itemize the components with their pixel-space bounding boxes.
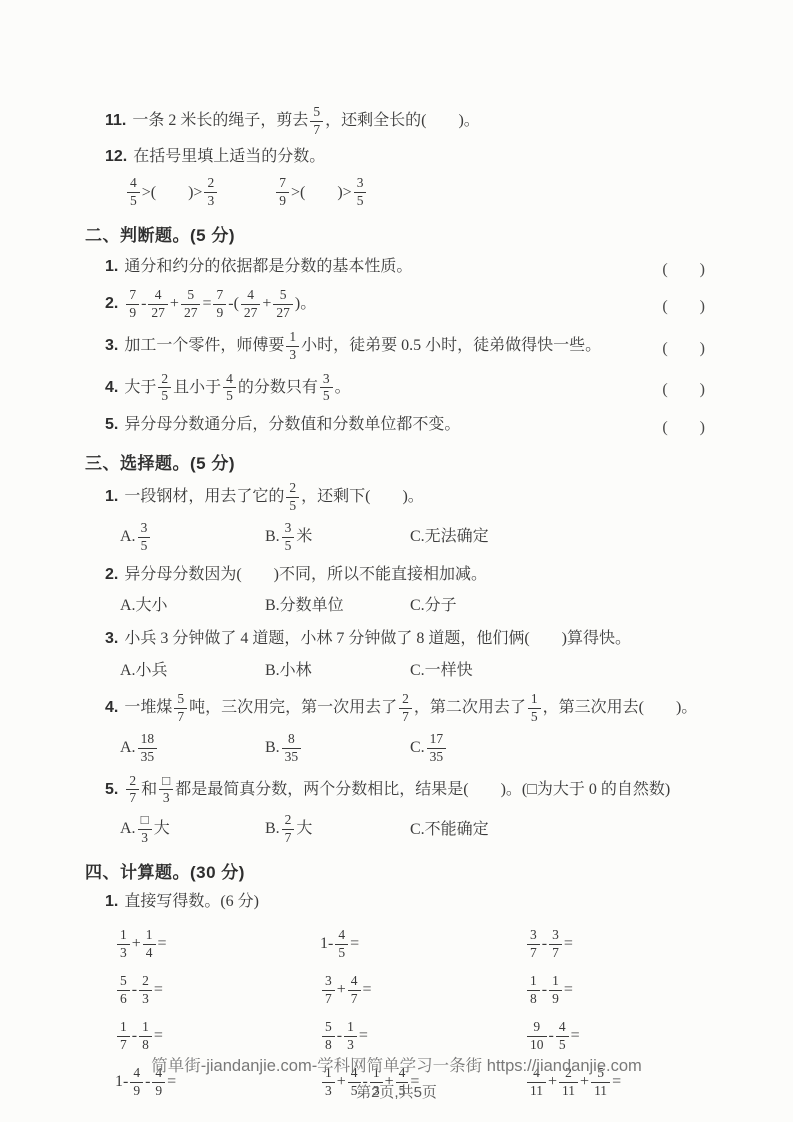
calc-expression: 37+47= [320,968,525,1014]
option-c: C.不能确定 [410,818,705,842]
judge-item-1: 1.通分和约分的依据都是分数的基本性质。 ( ) [105,255,705,279]
fraction: 527 [181,288,201,321]
choice-question-1: 1.一段钢材，用去了它的25，还剩下( )。 [105,481,705,514]
fraction: 35 [138,521,151,554]
calc-expression: 1-45= [320,922,525,968]
choice-question-5: 5.27和□3都是最简真分数，两个分数相比，结果是( )。(□为大于 0 的自然… [105,774,705,807]
exam-page: 11.一条 2 米长的绳子，剪去57，还剩全长的( )。 12.在括号里填上适当… [0,0,793,1122]
judge-item-5-text: 异分母分数通分后，分数值和分数单位都不变。 [124,416,460,433]
fraction: □3 [138,813,152,846]
fraction: 14 [143,928,156,961]
choice-question-1-text: 一段钢材，用去了它的25，还剩下( )。 [124,488,423,505]
fraction: 13 [117,928,130,961]
calc-subsection-title: 直接写得数。(6 分) [124,893,259,910]
calc-expression: 13+14= [115,922,320,968]
inequality-expression-2: 79>( )>35 [274,184,368,201]
choice-question-3: 3.小兵 3 分钟做了 4 道题，小林 7 分钟做了 8 道题，他们俩( )算得… [105,627,705,652]
option-c: C.无法确定 [410,525,705,549]
judge-item-5-number: 5. [105,416,118,433]
fraction: 79 [276,176,289,209]
fraction: 35 [354,176,367,209]
judge-item-1-text: 通分和约分的依据都是分数的基本性质。 [124,258,412,275]
fraction: 35 [282,521,295,554]
footer-watermark: 简单街-jiandanjie.com-学科网简单学习一条街 https://ji… [0,1052,793,1076]
inequality-expression-1: 45>( )>23 [125,184,219,201]
judge-item-1-number: 1. [105,258,118,275]
fraction: 23 [139,974,152,1007]
option-a: A.1835 [120,732,265,765]
fraction: 527 [273,288,293,321]
calc-expression: 18-19= [525,968,705,1014]
exam-content: 11.一条 2 米长的绳子，剪去57，还剩全长的( )。 12.在括号里填上适当… [0,0,793,1106]
fraction: 57 [310,105,323,138]
option-a: A.□3大 [120,813,265,846]
choice-question-2-number: 2. [105,566,118,583]
judge-item-2-answer-bracket: ( ) [662,293,705,316]
choice-question-5-options: A.□3大 B.27大 C.不能确定 [120,813,705,846]
footer-page-indicator: 第2页,共5页 [0,1081,793,1102]
judge-item-2-number: 2. [105,295,118,312]
fraction: □3 [159,774,173,807]
fraction: 427 [148,288,168,321]
choice-question-4: 4.一堆煤57吨，三次用完，第一次用去了27，第二次用去了15，第三次用去( )… [105,692,705,725]
choice-question-1-number: 1. [105,488,118,505]
option-b: B.小林 [265,659,410,683]
section-choice-header: 三、选择题。(5 分) [85,449,705,474]
option-c: C.分子 [410,594,705,618]
judge-item-4-number: 4. [105,379,118,396]
judge-item-4-answer-bracket: ( ) [662,376,705,399]
judge-item-5: 5.异分母分数通分后，分数值和分数单位都不变。 ( ) [105,413,705,437]
fraction: 45 [127,176,140,209]
fraction: 910 [527,1020,547,1053]
judge-item-4: 4.大于25且小于45的分数只有35。 ( ) [105,372,705,405]
judge-item-5-answer-bracket: ( ) [662,414,705,437]
option-a: A.小兵 [120,659,265,683]
choice-question-5-number: 5. [105,781,118,798]
question-12: 12.在括号里填上适当的分数。 [105,145,705,170]
fraction: 45 [335,928,348,961]
fraction: 1835 [138,732,158,765]
choice-question-3-text: 小兵 3 分钟做了 4 道题，小林 7 分钟做了 8 道题，他们俩( )算得快。 [124,630,631,647]
fraction: 23 [204,176,217,209]
fraction: 835 [282,732,302,765]
section-calc-header: 四、计算题。(30 分) [85,858,705,883]
fraction: 79 [126,288,139,321]
fraction: 1735 [427,732,447,765]
option-b: B.分数单位 [265,594,410,618]
fraction: 427 [241,288,261,321]
option-b: B.27大 [265,813,410,846]
fraction: 18 [139,1020,152,1053]
fraction: 17 [117,1020,130,1053]
option-c: C.一样快 [410,659,705,683]
choice-question-2-text: 异分母分数因为( )不同，所以不能直接相加减。 [124,566,487,583]
fraction: 37 [549,928,562,961]
fraction: 15 [528,692,541,725]
judge-item-3-answer-bracket: ( ) [662,335,705,358]
option-c: C.1735 [410,732,705,765]
fraction: 56 [117,974,130,1007]
choice-question-5-text: 27和□3都是最简真分数，两个分数相比，结果是( )。(□为大于 0 的自然数) [124,781,670,798]
question-11-text: 一条 2 米长的绳子，剪去57，还剩全长的( )。 [132,112,479,129]
question-11: 11.一条 2 米长的绳子，剪去57，还剩全长的( )。 [105,105,705,138]
fraction: 79 [213,288,226,321]
choice-question-2-options: A.大小 B.分数单位 C.分子 [120,594,705,618]
judge-item-3-number: 3. [105,337,118,354]
judge-item-3-text: 加工一个零件，师傅要13小时，徒弟要 0.5 小时，徒弟做得快一些。 [124,337,601,354]
fraction: 37 [322,974,335,1007]
fraction: 27 [126,774,139,807]
question-11-number: 11. [105,112,126,129]
choice-question-3-number: 3. [105,630,118,647]
fraction: 45 [223,372,236,405]
judge-item-1-answer-bracket: ( ) [662,256,705,279]
judge-item-2-text: 79-427+527=79-(427+527)。 [124,295,316,312]
fraction: 57 [174,692,187,725]
question-12-expressions: 45>( )>2379>( )>35 [125,176,705,209]
fraction: 13 [344,1020,357,1053]
option-a: A.35 [120,521,265,554]
fraction: 47 [348,974,361,1007]
fraction: 25 [158,372,171,405]
judge-item-2: 2.79-427+527=79-(427+527)。 ( ) [105,288,705,321]
fraction: 37 [527,928,540,961]
fraction: 27 [399,692,412,725]
calc-expression: 37-37= [525,922,705,968]
choice-question-4-number: 4. [105,699,118,716]
option-b: B.35米 [265,521,410,554]
section-judge-header: 二、判断题。(5 分) [85,221,705,246]
choice-question-1-options: A.35 B.35米 C.无法确定 [120,521,705,554]
fraction: 27 [282,813,295,846]
fraction: 58 [322,1020,335,1053]
fraction: 35 [320,372,333,405]
choice-question-4-options: A.1835 B.835 C.1735 [120,732,705,765]
fraction: 45 [556,1020,569,1053]
page-footer: 简单街-jiandanjie.com-学科网简单学习一条街 https://ji… [0,1052,793,1102]
fraction: 18 [527,974,540,1007]
calc-subsection-number: 1. [105,893,118,910]
fraction: 13 [286,330,299,363]
fraction: 19 [549,974,562,1007]
choice-question-3-options: A.小兵 B.小林 C.一样快 [120,659,705,683]
calc-subsection: 1.直接写得数。(6 分) [105,890,705,915]
calc-expression: 56-23= [115,968,320,1014]
judge-item-3: 3.加工一个零件，师傅要13小时，徒弟要 0.5 小时，徒弟做得快一些。 ( ) [105,330,705,363]
choice-question-2: 2.异分母分数因为( )不同，所以不能直接相加减。 [105,563,705,588]
question-12-text: 在括号里填上适当的分数。 [133,148,325,165]
judge-item-4-text: 大于25且小于45的分数只有35。 [124,379,350,396]
choice-question-4-text: 一堆煤57吨，三次用完，第一次用去了27，第二次用去了15，第三次用去( )。 [124,699,697,716]
option-a: A.大小 [120,594,265,618]
question-12-number: 12. [105,148,127,165]
option-b: B.835 [265,732,410,765]
fraction: 25 [286,481,299,514]
